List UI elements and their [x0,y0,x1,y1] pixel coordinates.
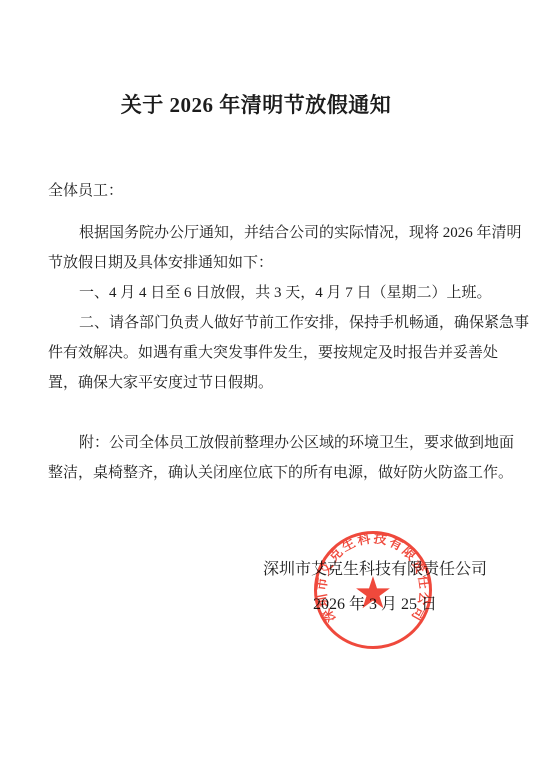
body-line: 件有效解决。如遇有重大突发事件发生，要按规定及时报告并妥善处 [48,338,526,368]
seal-arc-text: 深圳市艾克生科技有限责任公司 [314,531,432,625]
body-line: 一、4 月 4 日至 6 日放假，共 3 天，4 月 7 日（星期二）上班。 [48,278,526,308]
svg-text:深圳市艾克生科技有限责任公司: 深圳市艾克生科技有限责任公司 [314,531,432,625]
body-line: 节放假日期及具体安排通知如下： [48,248,526,278]
document-body: 根据国务院办公厅通知，并结合公司的实际情况，现将 2026 年清明 节放假日期及… [48,218,526,488]
seal-arc: 深圳市艾克生科技有限责任公司 [314,531,432,649]
body-line: 置，确保大家平安度过节日假期。 [48,368,526,398]
body-line: 整洁，桌椅整齐，确认关闭座位底下的所有电源，做好防火防盗工作。 [48,458,526,488]
notice-document-page: 关于 2026 年清明节放假通知 全体员工： 根据国务院办公厅通知，并结合公司的… [0,0,550,759]
body-line: 附：公司全体员工放假前整理办公区域的环境卫生，要求做到地面 [48,428,526,458]
paragraph-spacer [48,398,526,428]
body-line: 根据国务院办公厅通知，并结合公司的实际情况，现将 2026 年清明 [48,218,526,248]
salutation-line: 全体员工： [48,176,123,206]
document-title: 关于 2026 年清明节放假通知 [0,89,512,119]
body-line: 二、请各部门负责人做好节前工作安排，保持手机畅通，确保紧急事 [48,308,526,338]
company-seal: ★ 深圳市艾克生科技有限责任公司 [314,531,432,649]
